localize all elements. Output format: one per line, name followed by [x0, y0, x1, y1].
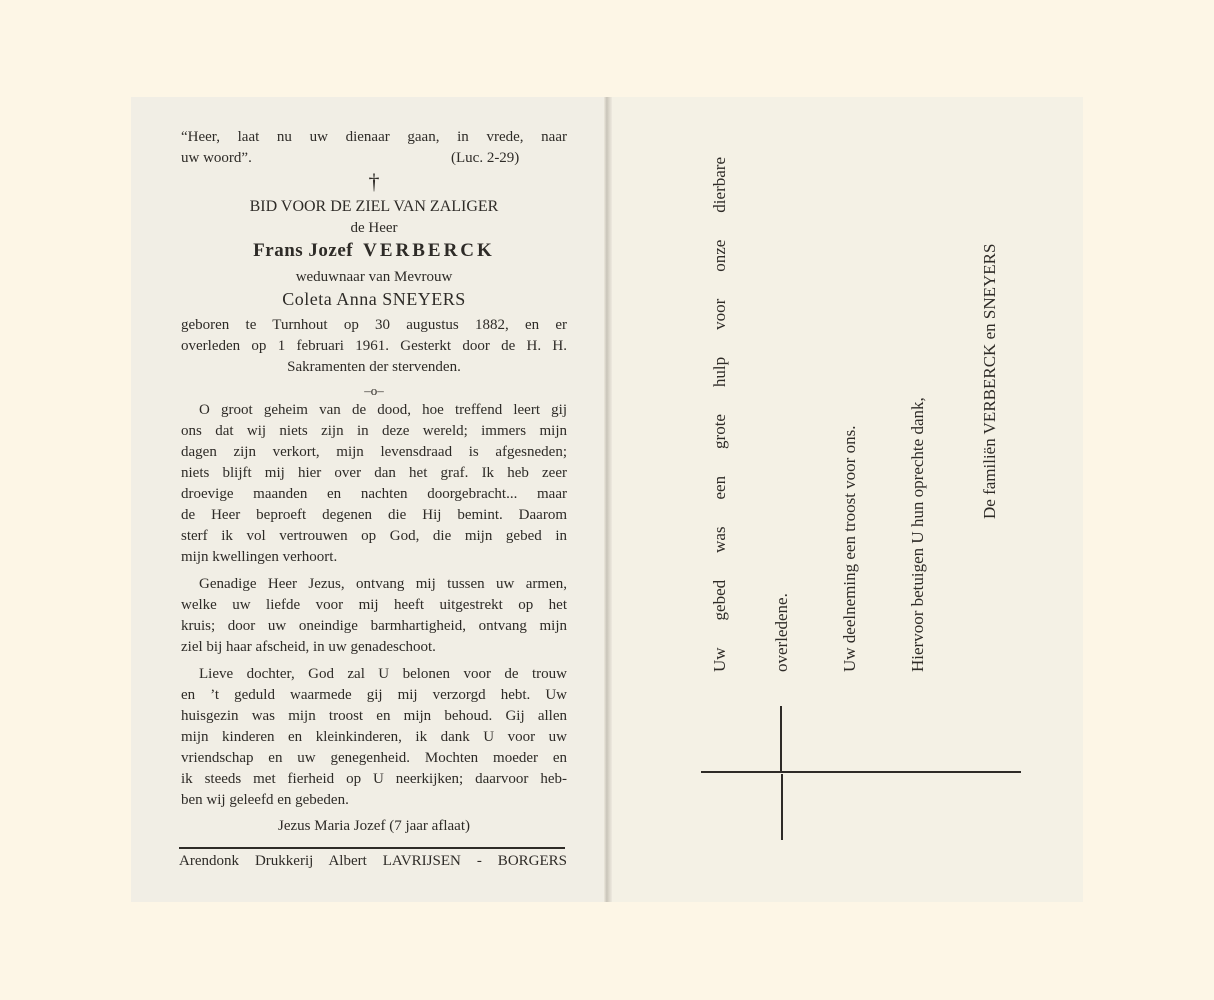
deceased-surname: VERBERCK — [363, 240, 495, 261]
quote-line-2-row: uw woord”. (Luc. 2-29) — [181, 148, 567, 169]
cross-icon: † — [181, 171, 567, 192]
text-line: O groot geheim van de dood, hoe treffend… — [181, 400, 567, 421]
text-line: ziel bij haar afscheid, in uw genadescho… — [181, 637, 567, 658]
text-line: kruis; door uw oneindige barmhartigheid,… — [181, 616, 567, 637]
divider-rule — [179, 847, 565, 849]
address-line-horizontal — [701, 771, 1021, 773]
paragraph-3: Lieve dochter, God zal U belonen voor de… — [181, 664, 567, 811]
memorial-card: “Heer, laat nu uw dienaar gaan, in vrede… — [131, 97, 1083, 902]
paragraph-2: Genadige Heer Jezus, ontvang mij tussen … — [181, 574, 567, 658]
text-line: de Heer beproeft degenen die Hij bemint.… — [181, 505, 567, 526]
right-panel: Uw gebed was een grote hulp voor onze di… — [612, 97, 1083, 902]
left-panel: “Heer, laat nu uw dienaar gaan, in vrede… — [131, 97, 604, 902]
thanks-line-4: Hiervoor betuigen U hun oprechte dank, — [908, 397, 928, 672]
family-signature: De familiën VERBERCK en SNEYERS — [980, 244, 1000, 519]
text-line: sterf ik vol vertrouwen op God, die mijn… — [181, 526, 567, 547]
text-line: droevige maanden en nachten doorgebracht… — [181, 484, 567, 505]
bio-line: Sakramenten der stervenden. — [181, 357, 567, 378]
thanks-line-2: overledene. — [772, 593, 792, 672]
text-line: Genadige Heer Jezus, ontvang mij tussen … — [181, 574, 567, 595]
quote-line-2: uw woord”. — [181, 150, 252, 166]
spouse-name: Coleta Anna SNEYERS — [181, 289, 567, 310]
quote-reference: (Luc. 2-29) — [451, 148, 519, 169]
address-line-vertical-bottom — [781, 774, 783, 840]
text-line: en ’t geduld waarmede gij mij verzorgd h… — [181, 685, 567, 706]
paragraph-1: O groot geheim van de dood, hoe treffend… — [181, 400, 567, 568]
printer-imprint: Arendonk Drukkerij Albert LAVRIJSEN - BO… — [179, 853, 567, 870]
text-line: huisgezin was mijn troost en mijn behoud… — [181, 706, 567, 727]
text-line: ik steeds met fierheid op U neerkijken; … — [181, 769, 567, 790]
bio-line: overleden op 1 februari 1961. Gesterkt d… — [181, 336, 567, 357]
bio-line: geboren te Turnhout op 30 augustus 1882,… — [181, 315, 567, 336]
indulgence-prayer: Jezus Maria Jozef (7 jaar aflaat) — [181, 816, 567, 837]
thanks-line-1: Uw gebed was een grote hulp voor onze di… — [710, 157, 730, 672]
deceased-first-name: Frans Jozef — [253, 240, 353, 261]
quote-line-1: “Heer, laat nu uw dienaar gaan, in vrede… — [181, 127, 567, 148]
bio-block: geboren te Turnhout op 30 augustus 1882,… — [181, 315, 567, 378]
text-line: niets blijft mij hier over dan het graf.… — [181, 463, 567, 484]
text-line: welke uw liefde voor mij heeft uitgestre… — [181, 595, 567, 616]
text-line: mijn kinderen en kleinkinderen, ik dank … — [181, 727, 567, 748]
text-line: Lieve dochter, God zal U belonen voor de… — [181, 664, 567, 685]
text-line: vriendschap en uw genegenheid. Mochten m… — [181, 748, 567, 769]
widower-of: weduwnaar van Mevrouw — [181, 267, 567, 288]
text-line: mijn kwellingen verhoort. — [181, 547, 567, 568]
card-fold — [604, 97, 612, 902]
address-line-vertical-top — [780, 706, 782, 773]
deceased-name: Frans JozefVERBERCK — [181, 240, 567, 261]
thanks-line-3: Uw deelneming een troost voor ons. — [840, 426, 860, 672]
text-line: ons dat wij niets zijn in deze wereld; i… — [181, 421, 567, 442]
honorific: de Heer — [181, 218, 567, 239]
separator: –o– — [181, 380, 567, 401]
prayer-heading: BID VOOR DE ZIEL VAN ZALIGER — [181, 196, 567, 217]
text-line: ben wij geleefd en gebeden. — [181, 790, 567, 811]
text-line: dagen zijn verkort, mijn levensdraad is … — [181, 442, 567, 463]
